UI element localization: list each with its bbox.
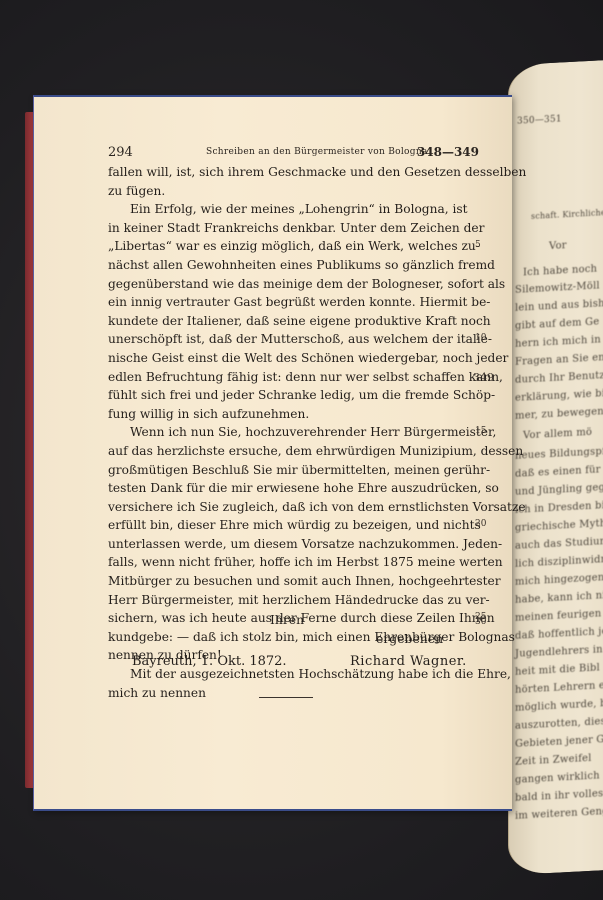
- facing-text-line: habe, kann ich nich: [515, 589, 603, 605]
- text-line: Mitbürger zu besuchen und somit auch Ihn…: [108, 572, 468, 591]
- facing-text-line: Vor: [549, 240, 567, 252]
- facing-text-line: daß es einen für: [515, 464, 601, 479]
- facing-text-line: heit mit die Bibl: [515, 662, 600, 677]
- text-line: gegenüberstand wie das meinige dem der B…: [108, 275, 468, 294]
- page-number: 294: [108, 145, 133, 160]
- text-line: falls, wenn nicht früher, hoffe ich im H…: [108, 553, 468, 572]
- facing-section-numbers: 350—351: [517, 114, 562, 126]
- section-numbers: 348—349: [417, 145, 479, 159]
- text-line: Wenn ich nun Sie, hochzuverehrender Herr…: [108, 423, 468, 442]
- text-line: Herr Bürgermeister, mit herzlichem Hände…: [108, 591, 468, 610]
- text-line: unerschöpft ist, daß der Mutterschoß, au…: [108, 330, 468, 349]
- facing-text-line: hörten Lehrern e: [515, 680, 603, 696]
- facing-text-line: gangen wirklich: [515, 770, 600, 785]
- facing-text-line: daß hoffentlich je: [515, 626, 603, 642]
- facing-text-line: lein und aus bisher: [515, 298, 603, 314]
- section-divider: [259, 697, 313, 698]
- facing-text-line: gibt auf dem Ge: [515, 316, 599, 331]
- facing-text-line: Gebieten jener G: [515, 734, 603, 750]
- facing-text-line: schaft. Kirchliche: [531, 208, 603, 221]
- facing-page: 350—351 schaft. KirchlicheVorIch habe no…: [508, 59, 603, 875]
- text-line: auf das herzlichste ersuche, dem ehrwürd…: [108, 442, 468, 461]
- facing-text-line: möglich wurde, b: [515, 698, 603, 714]
- facing-text-line: Ich habe noch: [523, 263, 597, 278]
- text-line: nächst allen Gewohnheiten eines Publikum…: [108, 256, 468, 275]
- text-line: kundete der Italiener, daß seine eigene …: [108, 312, 468, 331]
- text-line: erfüllt bin, dieser Ehre mich würdig zu …: [108, 516, 468, 535]
- facing-text-line: griechische Mytholo: [515, 517, 603, 534]
- margin-line-number: 20: [475, 519, 486, 529]
- text-line: „Libertas“ war es einzig möglich, daß ei…: [108, 237, 468, 256]
- facing-text-line: meinen feurigen: [515, 608, 601, 624]
- text-line: unterlassen werde, um diesem Vorsatze na…: [108, 535, 468, 554]
- running-title: Schreiben an den Bürgermeister von Bolog…: [206, 147, 428, 157]
- closing-ergebenen: ergebenen: [376, 631, 443, 646]
- text-line: testen Dank für die mir erwiesene hohe E…: [108, 479, 468, 498]
- text-line: fung willig in sich aufzunehmen.: [108, 405, 468, 424]
- facing-text-line: hern ich mich in: [515, 334, 601, 350]
- signature: Richard Wagner.: [350, 654, 467, 669]
- text-line: fühlt sich frei und jeder Schranke ledig…: [108, 386, 468, 405]
- facing-text-line: mer, zu bewegen.: [515, 406, 603, 422]
- facing-page-text: schaft. KirchlicheVorIch habe nochSilemo…: [509, 59, 603, 65]
- text-line: zu fügen.: [108, 182, 468, 201]
- facing-text-line: und Jüngling gegen: [515, 481, 603, 497]
- margin-line-number: 15: [475, 426, 486, 436]
- facing-text-line: lich disziplinwidrige: [515, 553, 603, 570]
- facing-text-line: ich in Dresden bis: [515, 500, 603, 516]
- text-line: edlen Befruchtung fähig ist: denn nur we…: [108, 368, 468, 387]
- margin-line-number: 30: [475, 617, 486, 627]
- facing-text-line: Zeit in Zweifel: [515, 753, 592, 768]
- facing-text-line: Vor allem mö: [523, 427, 592, 442]
- facing-text-line: auch das Studium: [515, 536, 603, 552]
- text-line: Ein Erfolg, wie der meines „Lohengrin“ i…: [108, 200, 468, 219]
- facing-text-line: mich hingezogen f: [515, 572, 603, 588]
- margin-line-number: 10: [475, 333, 486, 343]
- margin-line-number: 5: [475, 240, 481, 250]
- text-line: nische Geist einst die Welt des Schönen …: [108, 349, 468, 368]
- text-line: versichere ich Sie zugleich, daß ich von…: [108, 498, 468, 517]
- facing-text-line: bald in ihr volles: [515, 788, 603, 804]
- text-line: großmütigen Beschluß Sie mir übermittelt…: [108, 461, 468, 480]
- left-page: 294 Schreiben an den Bürgermeister von B…: [33, 95, 512, 811]
- facing-text-line: Jugendlehrers in der: [515, 643, 603, 660]
- facing-text-line: Fragen an Sie entl: [515, 352, 603, 368]
- facing-text-line: neues Bildungspfla: [515, 446, 603, 462]
- facing-text-line: im weiteren Geng: [515, 806, 603, 822]
- text-line: ein innig vertrauter Gast begrüßt werden…: [108, 293, 468, 312]
- place-date: Bayreuth, 1. Okt. 1872.: [132, 654, 287, 669]
- facing-text-line: Silemowitz-Möll: [515, 280, 600, 295]
- text-line: fallen will, ist, sich ihrem Geschmacke …: [108, 163, 468, 182]
- running-header: 294 Schreiben an den Bürgermeister von B…: [108, 145, 479, 159]
- closing-ihren: Ihren: [270, 612, 304, 627]
- margin-line-number: 349: [473, 371, 494, 384]
- facing-text-line: erklärung, wie bis: [515, 388, 603, 404]
- text-line: in keiner Stadt Frankreichs denkbar. Unt…: [108, 219, 468, 238]
- facing-text-line: auszurotten, dies: [515, 716, 603, 732]
- text-line: mich zu nennen: [108, 684, 468, 703]
- facing-text-line: durch Ihr Benutzn: [515, 370, 603, 386]
